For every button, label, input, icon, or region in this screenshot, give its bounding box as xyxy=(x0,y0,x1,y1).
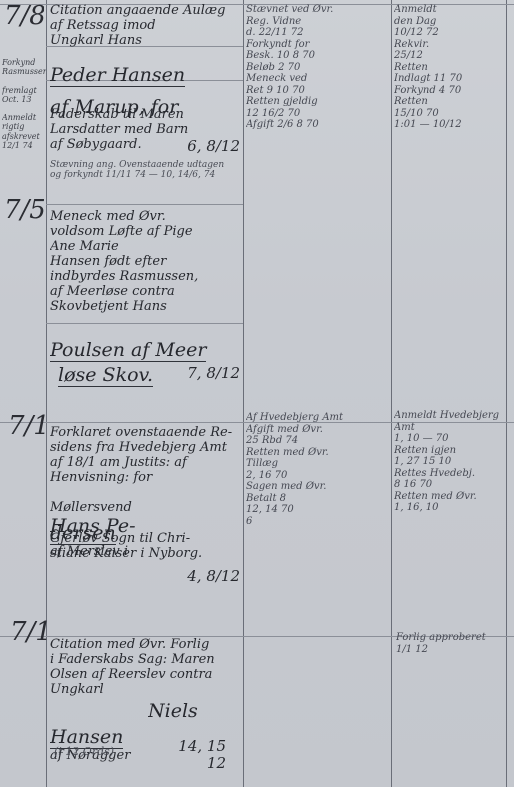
entry-date: 7/8 xyxy=(4,2,44,32)
margin-note: Forkynd Rasmussen fremlagt Oct. 13 Anmel… xyxy=(2,58,46,198)
entry-date: 7/11 xyxy=(10,618,48,648)
fee-amount: 4, 8/12 xyxy=(160,568,240,585)
fee-amount: 6, 8/12 xyxy=(180,138,240,155)
entry-text-continued: Gjerløv Sogn til Chri- stiane Kaiser i N… xyxy=(50,532,240,562)
fee-amount: 7, 8/12 xyxy=(180,365,240,382)
column-rule-remarks xyxy=(506,0,507,787)
entry-date: 7/11 xyxy=(8,412,46,442)
entry-date: 7/5 xyxy=(4,196,44,226)
place-line: løse Skov. xyxy=(58,364,153,387)
entry-text: Forklaret ovenstaaende Re- sidens fra Hv… xyxy=(50,426,240,486)
row-rule xyxy=(46,323,243,324)
column-rule-date xyxy=(46,0,47,787)
fee-amount: 14, 15 12 xyxy=(160,738,226,773)
column-rule-payments xyxy=(391,0,392,787)
row-rule xyxy=(46,204,243,205)
payments-notes: Stævnet ved Øvr. Reg. Vidne d. 22/11 72 … xyxy=(246,4,388,204)
entry-note: (i 12 Ords) xyxy=(54,746,134,759)
entry-text: Citation angaaende Aulæg af Retssag imod… xyxy=(50,4,240,49)
column-rule-entry xyxy=(243,0,244,787)
entry-text: Meneck med Øvr. voldsom Løfte af Pige An… xyxy=(50,210,240,315)
remarks-notes: Forlig approberet 1/1 12 xyxy=(396,632,506,672)
ledger-page: 7/8 Forkynd Rasmussen fremlagt Oct. 13 A… xyxy=(0,0,514,787)
remarks-notes: Anmeldt den Dag 10/12 72 Rekvir. 25/12 R… xyxy=(394,4,504,224)
entry-subnote: Stævning ang. Ovenstaaende udtagen og fo… xyxy=(50,160,240,181)
remarks-notes: Anmeldt Hvedebjerg Amt 1, 10 — 70 Retten… xyxy=(394,410,504,550)
payments-notes: Af Hvedebjerg Amt Afgift med Øvr. 25 Rbd… xyxy=(246,412,388,552)
entry-text-continued: Faderskab til Maren Larsdatter med Barn … xyxy=(50,108,200,153)
